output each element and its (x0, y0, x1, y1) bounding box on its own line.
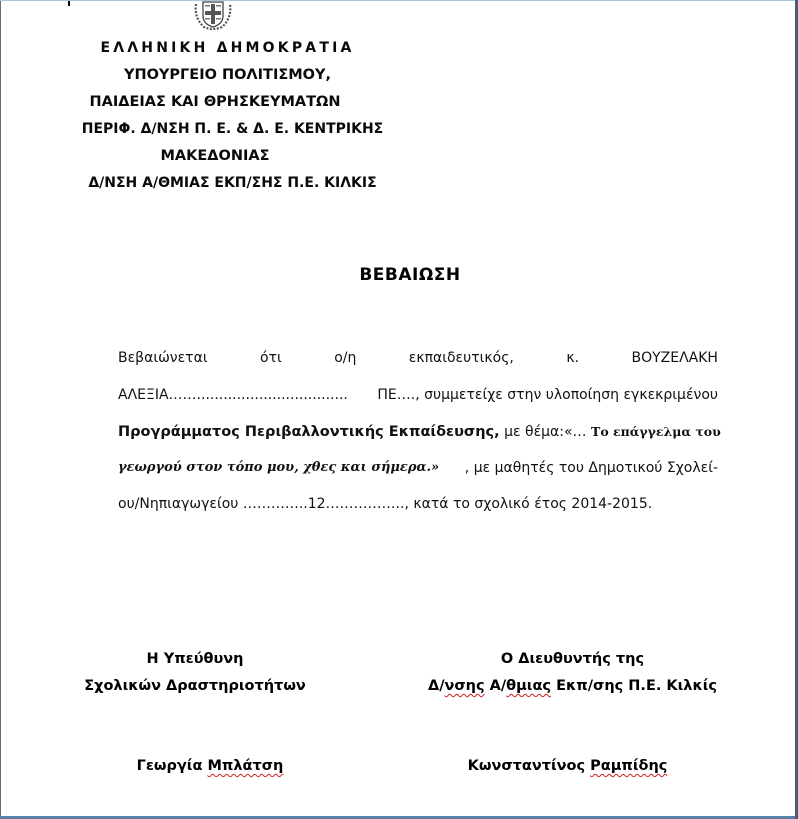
document-title: ΒΕΒΑΙΩΣΗ (320, 265, 500, 285)
body-line-4: γεωργού στον τόπο μου, χθες και σήμερα.»… (118, 460, 718, 476)
teacher-name-field: ΑΛΕΞΙΑ……................................… (118, 387, 348, 403)
body-line-1: Βεβαιώνεται ότι ο/η εκπαιδευτικός, κ. ΒΟ… (118, 350, 718, 366)
body-word: Βεβαιώνεται (118, 350, 208, 366)
name-text: Κωνσταντίνος (468, 758, 585, 774)
text-cursor (68, 1, 70, 6)
body-line-3: Προγράμματος Περιβαλλοντικής Εκπαίδευσης… (118, 424, 718, 440)
body-text: με θέμα:«… (500, 424, 591, 440)
role-text: Α/ (485, 678, 507, 694)
window-left-border (0, 1, 1, 817)
body-word: ΒΟΥΖΕΛΑΚΗ (631, 350, 717, 366)
left-signatory-role: Η Υπεύθυνη (80, 651, 310, 667)
body-word: κ. (566, 350, 579, 366)
body-line-2: ΑΛΕΞΙΑ……................................… (118, 387, 718, 403)
header-directorate: Δ/ΝΣΗ Α/ΘΜΙΑΣ ΕΚΠ/ΣΗΣ Π.Ε. ΚΙΛΚΙΣ (60, 175, 405, 191)
left-signatory-role-cont: Σχολικών Δραστηριοτήτων (80, 678, 310, 694)
greek-coat-of-arms-icon (190, 0, 236, 30)
spellcheck-word: Ραμπίδης (590, 758, 667, 774)
program-theme: Το επάγγελμα του (591, 424, 721, 439)
spellcheck-word: νσης (445, 678, 485, 694)
header-ministry-cont: ΠΑΙΔΕΙΑΣ ΚΑΙ ΘΡΗΣΚΕΥΜΑΤΩΝ (60, 94, 370, 110)
left-signatory-name: Γεωργία Μπλάτση (80, 758, 340, 774)
window-top-border (0, 0, 798, 1)
right-signatory-name: Κωνσταντίνος Ραμπίδης (440, 758, 695, 774)
body-word: ότι (260, 350, 282, 366)
body-word: εκπαιδευτικός, (409, 350, 514, 366)
body-word: ο/η (334, 350, 356, 366)
program-name: Προγράμματος Περιβαλλοντικής Εκπαίδευσης… (118, 424, 500, 440)
right-signatory-role-cont: Δ/νσης Α/θμιας Εκπ/σης Π.Ε. Κιλκίς (420, 678, 725, 694)
header-republic: ΕΛΛΗΝΙΚΗ ΔΗΜΟΚΡΑΤΙΑ (80, 40, 375, 56)
program-theme-cont: γεωργού στον τόπο μου, χθες και σήμερα.» (118, 460, 439, 476)
header-region: ΜΑΚΕΔΟΝΙΑΣ (140, 148, 290, 164)
header-regional-directorate: ΠΕΡΙΦ. Δ/ΝΣΗ Π. Ε. & Δ. Ε. ΚΕΝΤΡΙΚΗΣ (60, 121, 405, 137)
name-text: Γεωργία (137, 758, 203, 774)
body-text: , με μαθητές του Δημοτικού Σχολεί- (465, 460, 718, 476)
body-line-5: ου/Νηπιαγωγείου …………..12…………….., κατά το… (118, 496, 718, 512)
body-text: ΠΕ…., συμμετείχε στην υλοποίηση εγκεκριμ… (377, 387, 718, 403)
spellcheck-word: θμιας (506, 678, 551, 694)
header-ministry: ΥΠΟΥΡΓΕΙΟ ΠΟΛΙΤΙΣΜΟΥ, (90, 67, 365, 83)
spellcheck-word: Μπλάτση (207, 758, 283, 774)
right-signatory-role: Ο Διευθυντής της (420, 651, 725, 667)
role-text: Εκπ/σης Π.Ε. Κιλκίς (551, 678, 717, 694)
role-text: Δ/ (428, 678, 445, 694)
